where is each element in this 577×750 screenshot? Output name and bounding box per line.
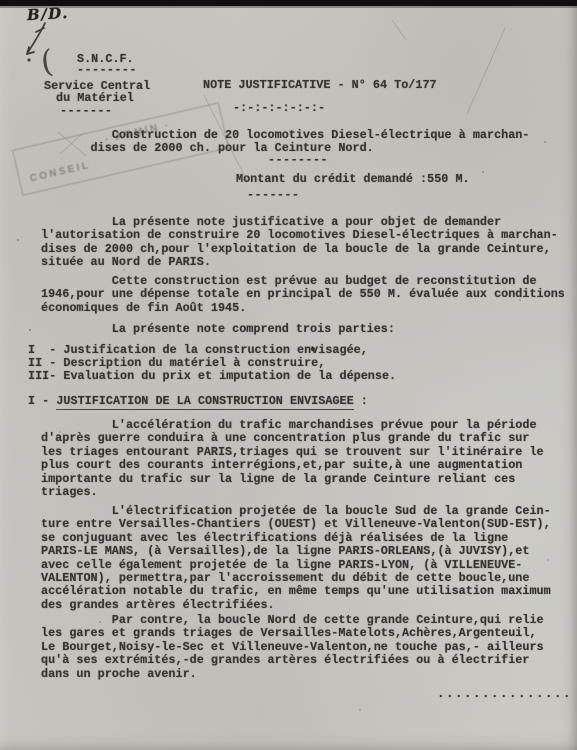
stamp-text-line2: CONSEIL xyxy=(29,160,92,185)
dept-underline: ------- xyxy=(60,105,112,118)
credit-underline: ------- xyxy=(247,189,299,202)
note-title: NOTE JUSTIFICATIVE - N° 64 To/177 xyxy=(203,79,437,92)
section1-title: JUSTIFICATION DE LA CONSTRUCTION ENVISAG… xyxy=(56,394,353,410)
paragraph-boucle-nord: Par contre, la boucle Nord de cette gran… xyxy=(41,614,544,681)
title-separator: -:-:-:-:-:-:- xyxy=(233,102,325,115)
paragraph-traffic: L'accélération du trafic marchandises pr… xyxy=(41,419,544,499)
subject-underline: -------- xyxy=(268,154,328,167)
scanned-document-page: B/D. ( S.N.C.F. -------- Service Central… xyxy=(0,0,577,750)
subject-line: Construction de 20 locomotives Diesel-él… xyxy=(41,129,529,156)
pen-bracket-mark: ( xyxy=(39,43,55,80)
pen-ink-dot xyxy=(27,58,30,61)
scan-edge-top-shadow xyxy=(0,6,577,8)
section1-heading: I - JUSTIFICATION DE LA CONSTRUCTION ENV… xyxy=(28,395,368,408)
outline-item-3: III- Evaluation du prix et imputation de… xyxy=(28,370,396,383)
section1-prefix: I - xyxy=(28,394,56,408)
credit-amount-line: Montant du crédit demandé :550 M. xyxy=(236,173,470,186)
continuation-dots: ............... xyxy=(437,688,572,701)
handwritten-initials: B/D. xyxy=(27,4,70,24)
paragraph-purpose: La présente note justificative a pour ob… xyxy=(41,216,558,270)
outline-intro: La présente note comprend trois parties: xyxy=(41,323,395,336)
org-underline: -------- xyxy=(77,64,137,77)
section1-suffix: : xyxy=(354,394,368,408)
paragraph-electrification-sud: L'électrification projetée de la boucle … xyxy=(41,505,551,612)
paragraph-budget: Cette construction est prévue au budget … xyxy=(41,275,565,315)
